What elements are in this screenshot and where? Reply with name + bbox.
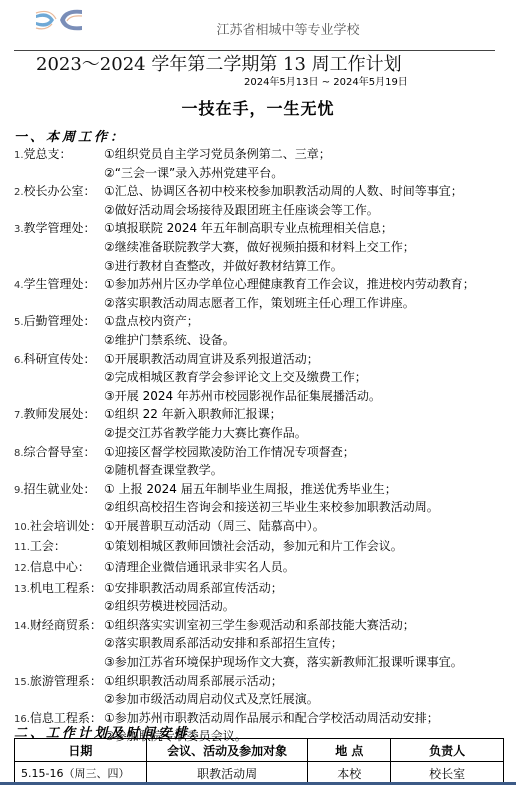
- task-lines: ①参加苏州片区办学单位心理健康教育工作会议，推进校内劳动教育；②落实职教活动周志…: [104, 275, 514, 312]
- item-number: 10.: [14, 522, 30, 533]
- task-lines: ①组织党员自主学习党员条例第二、三章；②“三会一课”录入苏州党建平台。: [104, 145, 514, 182]
- list-item: 12.信息中心：①清理企业微信通讯录非实名人员。: [14, 558, 514, 579]
- list-item: 7.教师发展处：①组织 22 年新入职教师汇报课；②提交江苏省教学能力大赛比赛作…: [14, 405, 514, 442]
- list-item: 9.招生就业处：① 上报 2024 届五年制毕业生周报，推送优秀毕业生；②组织高…: [14, 480, 514, 517]
- list-item: 8.综合督导室：①迎接区督学校园欺凌防治工作情况专项督查；②随机督查课堂教学。: [14, 443, 514, 480]
- department-label: 1.党总支：: [14, 145, 104, 182]
- department-name: 信息中心：: [30, 560, 90, 574]
- list-item: 6.科研宣传处：①开展职教活动周宣讲及系列报道活动；②完成相城区教育学会参评论文…: [14, 350, 514, 406]
- item-number: 8.: [14, 448, 24, 459]
- task-line: ①迎接区督学校园欺凌防治工作情况专项督查；: [104, 443, 514, 462]
- task-line: ①开展普职互动活动（周三、陆慕高中）。: [104, 517, 514, 536]
- item-number: 15.: [14, 677, 30, 688]
- task-line: ①组织落实实训室初三学生参观活动和系部技能大赛活动；: [104, 616, 514, 635]
- department-name: 教师发展处：: [24, 407, 96, 421]
- task-line: ①组织职教活动周系部展示活动；: [104, 672, 514, 691]
- department-label: 2.校长办公室：: [14, 182, 104, 219]
- list-item: 3.教学管理处：①填报联院 2024 年五年制高职专业点梳理相关信息；②继续准备…: [14, 219, 514, 275]
- task-lines: ①开展职教活动周宣讲及系列报道活动；②完成相城区教育学会参评论文上交及缴费工作；…: [104, 350, 514, 406]
- department-label: 8.综合督导室：: [14, 443, 104, 480]
- schedule-table: 日期 会议、活动及参加对象 地 点 负责人 5.15-16（周三、四） 职教活动…: [14, 738, 504, 785]
- task-line: ②完成相城区教育学会参评论文上交及缴费工作；: [104, 368, 514, 387]
- task-line: ②提交江苏省教学能力大赛比赛作品。: [104, 424, 514, 443]
- item-number: 2.: [14, 187, 24, 198]
- department-name: 综合督导室：: [24, 445, 96, 459]
- school-name: 江苏省相城中等专业学校: [0, 19, 516, 38]
- department-name: 旅游管理系：: [30, 674, 102, 688]
- item-number: 3.: [14, 224, 24, 235]
- department-label: 3.教学管理处：: [14, 219, 104, 275]
- department-label: 9.招生就业处：: [14, 480, 104, 517]
- task-line: ②维护门禁系统、设备。: [104, 331, 514, 350]
- department-label: 13.机电工程系：: [14, 579, 104, 616]
- department-label: 5.后勤管理处：: [14, 312, 104, 349]
- item-number: 4.: [14, 280, 24, 291]
- task-line: ②组织劳模进校园活动。: [104, 597, 514, 616]
- task-lines: ①迎接区督学校园欺凌防治工作情况专项督查；②随机督查课堂教学。: [104, 443, 514, 480]
- department-label: 11.工会：: [14, 537, 104, 558]
- item-number: 1.: [14, 150, 24, 161]
- task-line: ③进行教材自查整改，并做好教材结算工作。: [104, 257, 514, 276]
- task-line: ①清理企业微信通讯录非实名人员。: [104, 558, 514, 577]
- task-line: ①组织党员自主学习党员条例第二、三章；: [104, 145, 514, 164]
- task-lines: ①组织落实实训室初三学生参观活动和系部技能大赛活动；②落实职教周系部活动安排和系…: [104, 616, 514, 672]
- department-name: 招生就业处：: [24, 482, 96, 496]
- list-item: 10.社会培训处：①开展普职互动活动（周三、陆慕高中）。: [14, 517, 514, 538]
- department-name: 校长办公室：: [24, 184, 96, 198]
- department-label: 10.社会培训处：: [14, 517, 104, 538]
- item-number: 6.: [14, 355, 24, 366]
- task-line: ②参加市级活动周启动仪式及烹饪展演。: [104, 690, 514, 709]
- task-lines: ①清理企业微信通讯录非实名人员。: [104, 558, 514, 579]
- list-item: 15.旅游管理系：①组织职教活动周系部展示活动；②参加市级活动周启动仪式及烹饪展…: [14, 672, 514, 709]
- task-line: ②继续准备联院教学大赛，做好视频拍摄和材料上交工作；: [104, 238, 514, 257]
- date-range: 2024年5月13日 ~ 2024年5月19日: [244, 73, 408, 88]
- department-name: 党总支：: [24, 147, 72, 161]
- item-number: 11.: [14, 542, 30, 553]
- task-lines: ①汇总、协调区各初中校来校参加职教活动周的人数、时间等事宜；②做好活动周会场接待…: [104, 182, 514, 219]
- motto: 一技在手，一生无忧: [0, 96, 516, 119]
- department-name: 工会：: [30, 539, 66, 553]
- task-line: ②落实职教周系部活动安排和系部招生宣传；: [104, 634, 514, 653]
- task-line: ②落实职教活动周志愿者工作，策划班主任心理工作讲座。: [104, 294, 514, 313]
- department-label: 14.财经商贸系：: [14, 616, 104, 672]
- list-item: 11.工会：①策划相城区教师回馈社会活动，参加元和片工作会议。: [14, 537, 514, 558]
- list-item: 14.财经商贸系：①组织落实实训室初三学生参观活动和系部技能大赛活动；②落实职教…: [14, 616, 514, 672]
- weekly-work-list: 1.党总支：①组织党员自主学习党员条例第二、三章；②“三会一课”录入苏州党建平台…: [14, 145, 514, 746]
- task-line: ①盘点校内资产；: [104, 312, 514, 331]
- task-line: ②“三会一课”录入苏州党建平台。: [104, 164, 514, 183]
- item-number: 9.: [14, 485, 24, 496]
- department-name: 财经商贸系：: [30, 618, 102, 632]
- item-number: 7.: [14, 410, 24, 421]
- task-line: ①填报联院 2024 年五年制高职专业点梳理相关信息；: [104, 219, 514, 238]
- header-owner: 负责人: [391, 739, 504, 762]
- section-heading-weekly-work: 一、本周工作：: [14, 126, 126, 145]
- department-label: 4.学生管理处：: [14, 275, 104, 312]
- task-lines: ①策划相城区教师回馈社会活动，参加元和片工作会议。: [104, 537, 514, 558]
- list-item: 13.机电工程系：①安排职教活动周系部宣传活动；②组织劳模进校园活动。: [14, 579, 514, 616]
- task-lines: ①安排职教活动周系部宣传活动；②组织劳模进校园活动。: [104, 579, 514, 616]
- task-line: ①开展职教活动周宣讲及系列报道活动；: [104, 350, 514, 369]
- department-label: 7.教师发展处：: [14, 405, 104, 442]
- task-line: ①参加苏州片区办学单位心理健康教育工作会议，推进校内劳动教育；: [104, 275, 514, 294]
- task-line: ②随机督查课堂教学。: [104, 461, 514, 480]
- department-label: 6.科研宣传处：: [14, 350, 104, 406]
- list-item: 2.校长办公室：①汇总、协调区各初中校来校参加职教活动周的人数、时间等事宜；②做…: [14, 182, 514, 219]
- department-label: 15.旅游管理系：: [14, 672, 104, 709]
- item-number: 5.: [14, 317, 24, 328]
- task-line: ②做好活动周会场接待及跟团班主任座谈会等工作。: [104, 201, 514, 220]
- header-date: 日期: [15, 739, 147, 762]
- department-name: 科研宣传处：: [24, 352, 96, 366]
- list-item: 4.学生管理处：①参加苏州片区办学单位心理健康教育工作会议，推进校内劳动教育；②…: [14, 275, 514, 312]
- department-name: 社会培训处：: [30, 519, 102, 533]
- task-lines: ① 上报 2024 届五年制毕业生周报，推送优秀毕业生；②组织高校招生咨询会和接…: [104, 480, 514, 517]
- task-line: ③开展 2024 年苏州市校园影视作品征集展播活动。: [104, 387, 514, 406]
- department-name: 学生管理处：: [24, 277, 96, 291]
- list-item: 1.党总支：①组织党员自主学习党员条例第二、三章；②“三会一课”录入苏州党建平台…: [14, 145, 514, 182]
- task-lines: ①填报联院 2024 年五年制高职专业点梳理相关信息；②继续准备联院教学大赛，做…: [104, 219, 514, 275]
- header-location: 地 点: [308, 739, 391, 762]
- task-line: ①安排职教活动周系部宣传活动；: [104, 579, 514, 598]
- list-item: 5.后勤管理处：①盘点校内资产；②维护门禁系统、设备。: [14, 312, 514, 349]
- item-number: 14.: [14, 621, 30, 632]
- department-name: 机电工程系：: [30, 581, 102, 595]
- task-lines: ①开展普职互动活动（周三、陆慕高中）。: [104, 517, 514, 538]
- task-line: ①汇总、协调区各初中校来校参加职教活动周的人数、时间等事宜；: [104, 182, 514, 201]
- item-number: 12.: [14, 563, 30, 574]
- task-line: ①策划相城区教师回馈社会活动，参加元和片工作会议。: [104, 537, 514, 556]
- task-lines: ①组织 22 年新入职教师汇报课；②提交江苏省教学能力大赛比赛作品。: [104, 405, 514, 442]
- department-name: 后勤管理处：: [24, 314, 96, 328]
- task-line: ① 上报 2024 届五年制毕业生周报，推送优秀毕业生；: [104, 480, 514, 499]
- task-line: ③参加江苏省环境保护现场作文大赛，落实新教师汇报课听课事宜。: [104, 653, 514, 672]
- item-number: 13.: [14, 584, 30, 595]
- task-lines: ①组织职教活动周系部展示活动；②参加市级活动周启动仪式及烹饪展演。: [104, 672, 514, 709]
- task-line: ①组织 22 年新入职教师汇报课；: [104, 405, 514, 424]
- task-line: ②组织高校招生咨询会和接送初三毕业生来校参加职教活动周。: [104, 498, 514, 517]
- header-activity: 会议、活动及参加对象: [146, 739, 308, 762]
- department-name: 教学管理处：: [24, 221, 96, 235]
- table-header-row: 日期 会议、活动及参加对象 地 点 负责人: [15, 739, 504, 762]
- task-lines: ①盘点校内资产；②维护门禁系统、设备。: [104, 312, 514, 349]
- department-label: 12.信息中心：: [14, 558, 104, 579]
